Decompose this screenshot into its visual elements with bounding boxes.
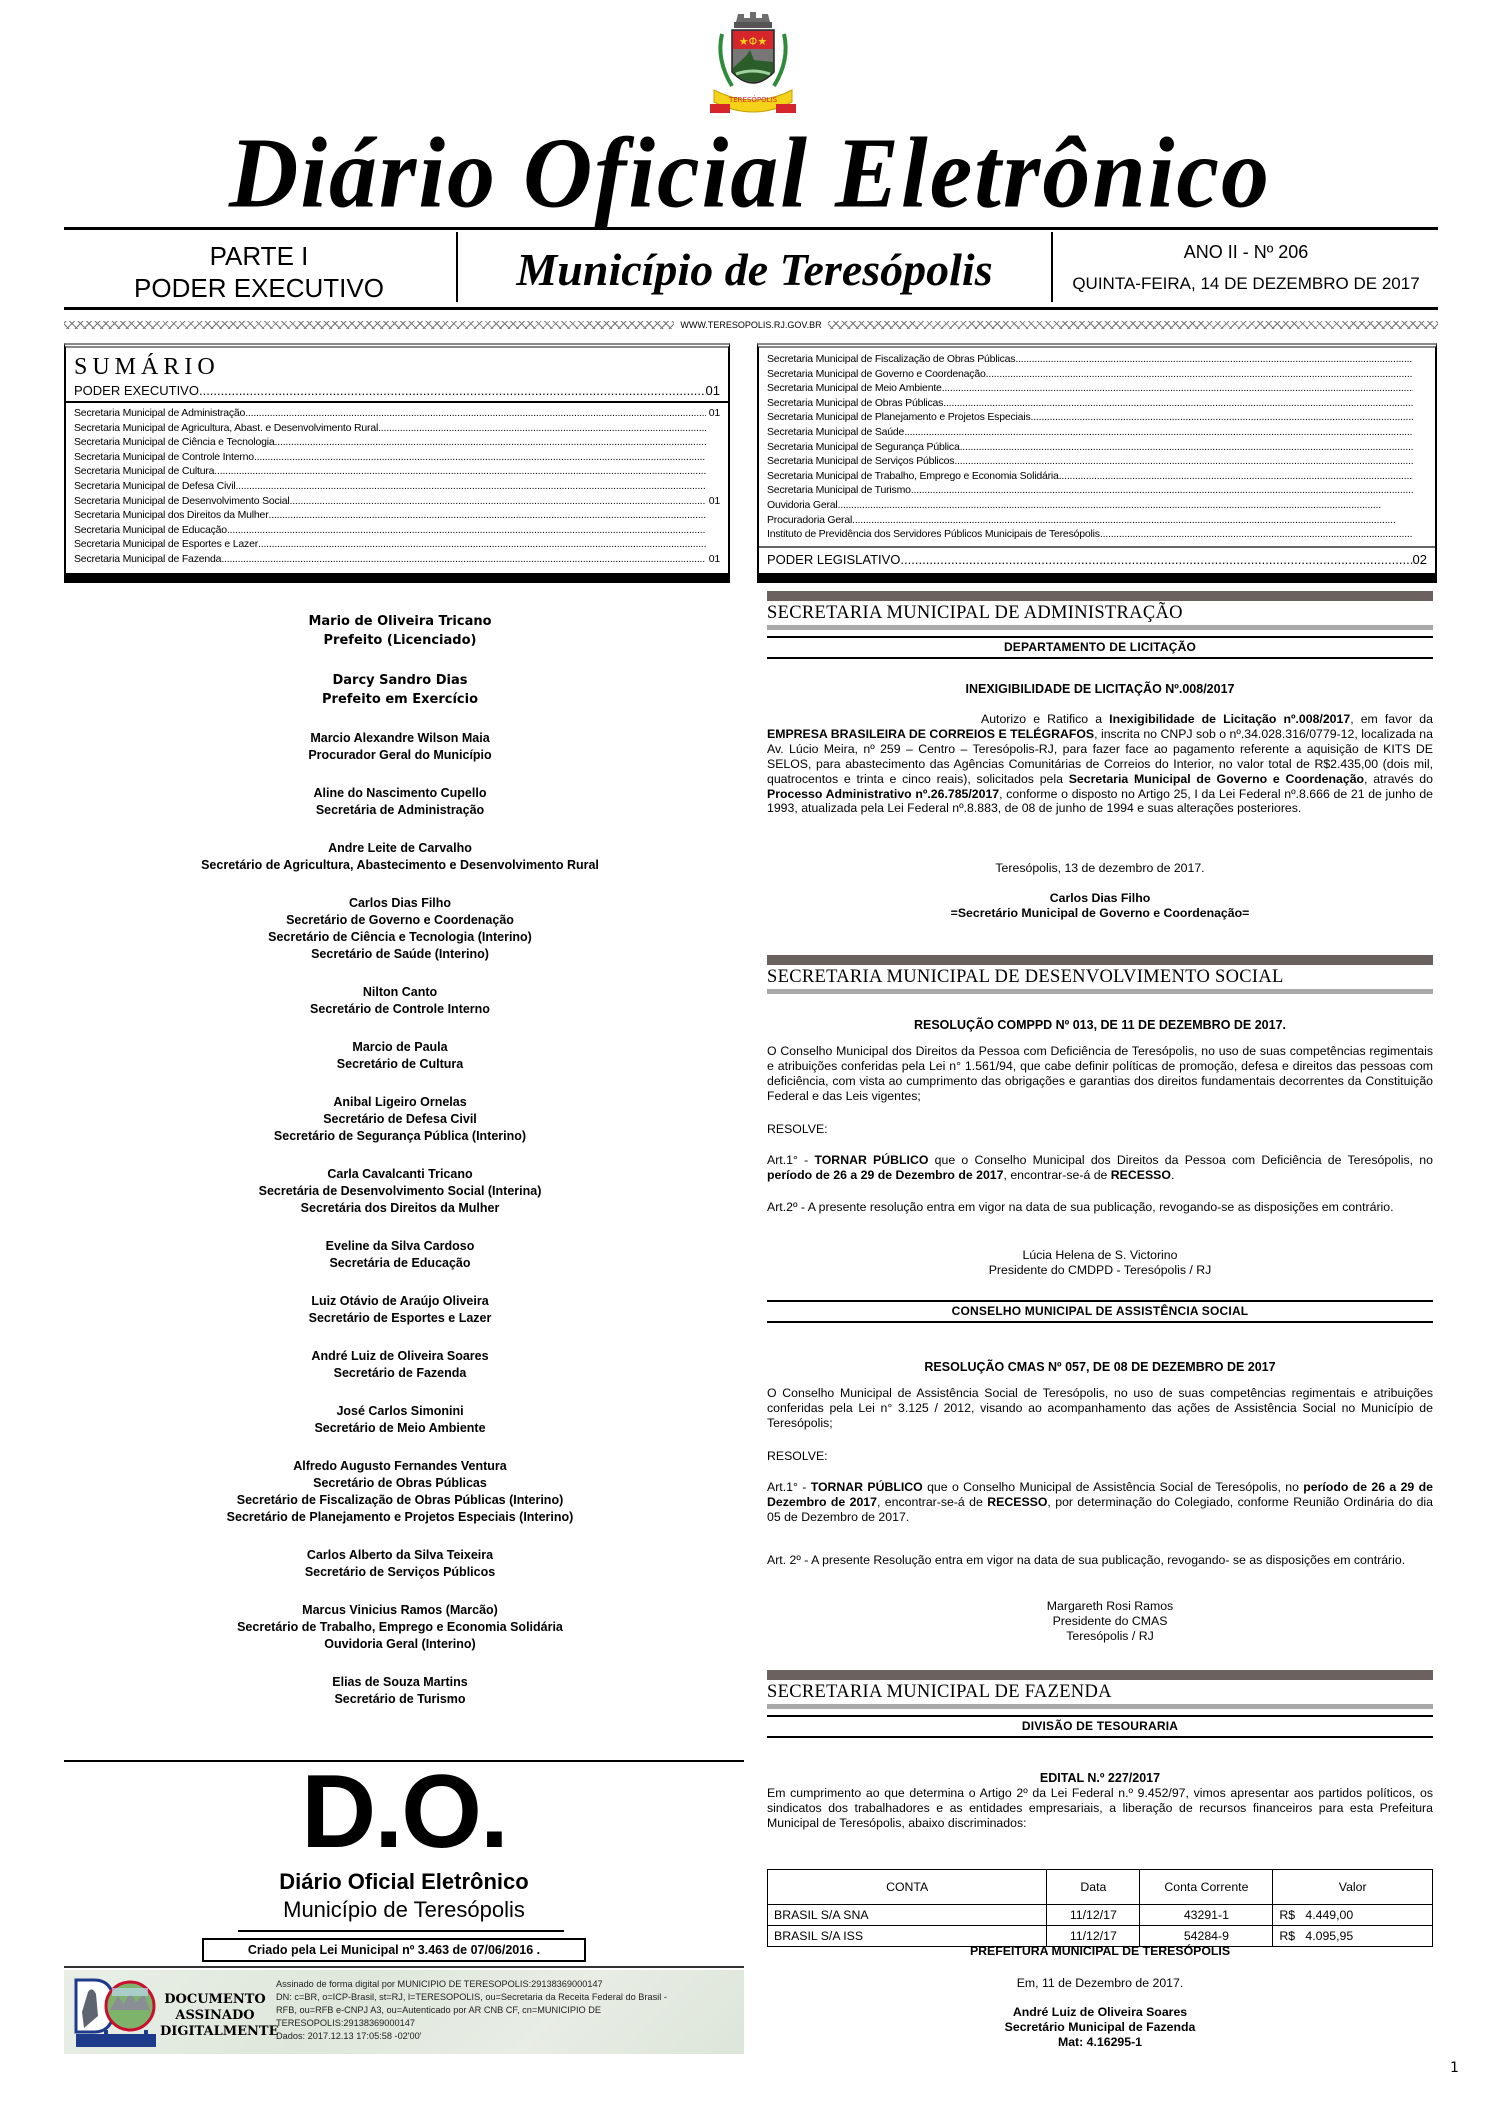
svg-text:TERESÓPOLIS: TERESÓPOLIS bbox=[728, 95, 778, 104]
official-entry: Marcus Vinicius Ramos (Marcão)Secretário… bbox=[130, 1602, 670, 1653]
toc-item[interactable]: Secretaria Municipal de Trabalho, Empreg… bbox=[767, 469, 1427, 484]
department-header: DEPARTAMENTO DE LICITAÇÃO bbox=[767, 636, 1433, 659]
signer-block: Margareth Rosi Ramos Presidente do CMAS … bbox=[960, 1599, 1260, 1644]
toc-item[interactable]: Secretaria Municipal de Segurança Públic… bbox=[767, 440, 1427, 455]
document-title: RESOLUÇÃO COMPPD Nº 013, DE 11 DE DEZEMB… bbox=[767, 1017, 1433, 1033]
official-role: Secretário de Ciência e Tecnologia (Inte… bbox=[130, 929, 670, 946]
official-role: Secretária dos Direitos da Mulher bbox=[130, 1200, 670, 1217]
official-name: Carlos Alberto da Silva Teixeira bbox=[130, 1547, 670, 1564]
article-2: Art.2º - A presente resolução entra em v… bbox=[767, 1200, 1433, 1215]
toc-item[interactable]: Secretaria Municipal dos Direitos da Mul… bbox=[74, 508, 720, 523]
toc-executive[interactable]: PODER EXECUTIVO01 bbox=[74, 382, 720, 400]
toc-item[interactable]: Secretaria Municipal de Defesa Civil bbox=[74, 479, 720, 494]
toc-list-left: Secretaria Municipal de Administração01S… bbox=[74, 406, 720, 567]
official-entry: Marcio de PaulaSecretário de Cultura bbox=[130, 1039, 670, 1073]
edition-number: ANO II - Nº 206 bbox=[1056, 240, 1436, 264]
official-name: Aline do Nascimento Cupello bbox=[130, 785, 670, 802]
coat-of-arms-icon: ★Φ★ TERESÓPOLIS bbox=[706, 10, 800, 118]
official-entry: Marcio Alexandre Wilson MaiaProcurador G… bbox=[130, 730, 670, 764]
official-role: Secretário de Turismo bbox=[130, 1691, 670, 1708]
article-1: Art.1° - TORNAR PÚBLICO que o Conselho M… bbox=[767, 1153, 1433, 1183]
official-role: Secretário de Segurança Pública (Interin… bbox=[130, 1128, 670, 1145]
official-role: Secretário de Planejamento e Projetos Es… bbox=[130, 1509, 670, 1526]
toc-item[interactable]: Secretaria Municipal de Desenvolvimento … bbox=[74, 494, 720, 509]
toc-item[interactable]: Secretaria Municipal de Fazenda01 bbox=[74, 552, 720, 567]
official-role: Prefeito em Exercício bbox=[130, 690, 670, 709]
official-role: Secretária de Desenvolvimento Social (In… bbox=[130, 1183, 670, 1200]
official-name: Luiz Otávio de Araújo Oliveira bbox=[130, 1293, 670, 1310]
toc-item[interactable]: Secretaria Municipal de Obras Públicas bbox=[767, 396, 1427, 411]
official-role: Secretário de Defesa Civil bbox=[130, 1111, 670, 1128]
signer-name: Carlos Dias Filho bbox=[767, 891, 1433, 906]
official-entry: Carlos Alberto da Silva TeixeiraSecretár… bbox=[130, 1547, 670, 1581]
article-2: Art. 2º - A presente Resolução entra em … bbox=[767, 1553, 1433, 1568]
toc-list-right: Secretaria Municipal de Fiscalização de … bbox=[767, 352, 1427, 542]
official-name: Marcio de Paula bbox=[130, 1039, 670, 1056]
col-conta: CONTA bbox=[768, 1870, 1047, 1905]
toc-item[interactable]: Ouvidoria Geral bbox=[767, 498, 1427, 513]
resolution-intro: O Conselho Municipal dos Direitos da Pes… bbox=[767, 1044, 1433, 1104]
toc-item[interactable]: Secretaria Municipal de Administração01 bbox=[74, 406, 720, 421]
page-number: 1 bbox=[1450, 2060, 1459, 2076]
toc-item[interactable]: Secretaria Municipal de Controle Interno bbox=[74, 450, 720, 465]
signature-details: Assinado de forma digital por MUNICIPIO … bbox=[276, 1978, 738, 2043]
official-role: Secretário de Trabalho, Emprego e Econom… bbox=[130, 1619, 670, 1636]
signer-block: Carlos Dias Filho =Secretário Municipal … bbox=[767, 891, 1433, 921]
resolution-intro: O Conselho Municipal de Assistência Soci… bbox=[767, 1386, 1433, 1431]
official-entry: Carla Cavalcanti TricanoSecretária de De… bbox=[130, 1166, 670, 1217]
official-name: Andre Leite de Carvalho bbox=[130, 840, 670, 857]
diamond-border bbox=[828, 321, 1438, 329]
do-eletronico-logo-icon bbox=[74, 1976, 158, 2048]
section-title: SECRETARIA MUNICIPAL DE DESENVOLVIMENTO … bbox=[767, 965, 1433, 989]
toc-item[interactable]: Secretaria Municipal de Serviços Público… bbox=[767, 454, 1427, 469]
toc-item[interactable]: Secretaria Municipal de Saúde bbox=[767, 425, 1427, 440]
digital-signature-panel: DOCUMENTO ASSINADO DIGITALMENTE Assinado… bbox=[64, 1970, 744, 2054]
col-conta-corrente: Conta Corrente bbox=[1140, 1870, 1273, 1905]
department-header: DIVISÃO DE TESOURARIA bbox=[767, 1715, 1433, 1738]
toc-item[interactable]: Secretaria Municipal de Planejamento e P… bbox=[767, 410, 1427, 425]
masthead-divider bbox=[1051, 232, 1053, 302]
branch-label: PODER EXECUTIVO bbox=[64, 272, 454, 304]
signer-name: Lúcia Helena de S. Victorino bbox=[767, 1248, 1433, 1263]
official-entry: José Carlos SimoniniSecretário de Meio A… bbox=[130, 1403, 670, 1437]
official-entry: Anibal Ligeiro OrnelasSecretário de Defe… bbox=[130, 1094, 670, 1145]
col-valor: Valor bbox=[1273, 1870, 1433, 1905]
toc-item[interactable]: Secretaria Municipal de Agricultura, Aba… bbox=[74, 421, 720, 436]
col-data: Data bbox=[1047, 1870, 1140, 1905]
official-entry: Luiz Otávio de Araújo OliveiraSecretário… bbox=[130, 1293, 670, 1327]
signer-block: André Luiz de Oliveira Soares Secretário… bbox=[767, 2005, 1433, 2050]
masthead-rule-bottom bbox=[64, 307, 1438, 310]
toc-item[interactable]: Secretaria Municipal de Esportes e Lazer bbox=[74, 537, 720, 552]
edital-date: Em, 11 de Dezembro de 2017. bbox=[767, 1976, 1433, 1991]
summary-shadow bbox=[757, 575, 1437, 583]
official-entry: André Luiz de Oliveira SoaresSecretário … bbox=[130, 1348, 670, 1382]
section-title: SECRETARIA MUNICIPAL DE ADMINISTRAÇÃO bbox=[767, 601, 1433, 625]
signer-block: Lúcia Helena de S. Victorino Presidente … bbox=[767, 1248, 1433, 1278]
official-entry: Nilton CantoSecretário de Controle Inter… bbox=[130, 984, 670, 1018]
official-name: Mario de Oliveira Tricano bbox=[130, 612, 670, 631]
document-title: INEXIGIBILIDADE DE LICITAÇÃO Nº.008/2017 bbox=[767, 681, 1433, 697]
section-header-administracao: SECRETARIA MUNICIPAL DE ADMINISTRAÇÃO bbox=[767, 591, 1433, 630]
official-entry: Carlos Dias FilhoSecretário de Governo e… bbox=[130, 895, 670, 963]
signer-role: =Secretário Municipal de Governo e Coord… bbox=[767, 906, 1433, 921]
resolve-label: RESOLVE: bbox=[767, 1122, 1433, 1137]
municipality-title: Município de Teresópolis bbox=[462, 238, 1047, 302]
official-name: Anibal Ligeiro Ornelas bbox=[130, 1094, 670, 1111]
do-name: Diário Oficial Eletrônico bbox=[64, 1868, 744, 1896]
toc-item[interactable]: Secretaria Municipal de Cultura bbox=[74, 464, 720, 479]
official-name: Marcus Vinicius Ramos (Marcão) bbox=[130, 1602, 670, 1619]
summary-title: SUMÁRIO bbox=[74, 352, 720, 382]
official-role: Ouvidoria Geral (Interino) bbox=[130, 1636, 670, 1653]
summary-box-left: SUMÁRIO PODER EXECUTIVO01 Secretaria Mun… bbox=[64, 343, 730, 575]
official-role: Secretário de Governo e Coordenação bbox=[130, 912, 670, 929]
official-name: André Luiz de Oliveira Soares bbox=[130, 1348, 670, 1365]
official-entry: Darcy Sandro DiasPrefeito em Exercício bbox=[130, 671, 670, 709]
official-role: Prefeito (Licenciado) bbox=[130, 631, 670, 650]
do-municipality: Município de Teresópolis bbox=[64, 1896, 744, 1924]
place-date: Teresópolis, 13 de dezembro de 2017. bbox=[767, 861, 1433, 876]
svg-text:★Φ★: ★Φ★ bbox=[739, 35, 768, 48]
toc-item[interactable]: Secretaria Municipal de Educação bbox=[74, 523, 720, 538]
official-role: Secretário de Cultura bbox=[130, 1056, 670, 1073]
document-title: RESOLUÇÃO CMAS Nº 057, DE 08 DE DEZEMBRO… bbox=[767, 1359, 1433, 1375]
website-banner: WWW.TERESOPOLIS.RJ.GOV.BR bbox=[64, 318, 1438, 332]
masthead-title: Diário Oficial Eletrônico bbox=[80, 115, 1420, 231]
toc-item[interactable]: Secretaria Municipal de Ciência e Tecnol… bbox=[74, 435, 720, 450]
official-name: Carla Cavalcanti Tricano bbox=[130, 1166, 670, 1183]
official-entry: Eveline da Silva CardosoSecretária de Ed… bbox=[130, 1238, 670, 1272]
signed-stamp: DOCUMENTO ASSINADO DIGITALMENTE bbox=[160, 1992, 270, 2040]
toc-item[interactable]: Secretaria Municipal de Meio Ambiente bbox=[767, 381, 1427, 396]
official-entry: Elias de Souza MartinsSecretário de Turi… bbox=[130, 1674, 670, 1708]
official-role: Secretário de Meio Ambiente bbox=[130, 1420, 670, 1437]
part-label: PARTE I PODER EXECUTIVO bbox=[64, 240, 454, 304]
masthead-divider bbox=[456, 232, 458, 302]
official-role: Procurador Geral do Município bbox=[130, 747, 670, 764]
table-header-row: CONTA Data Conta Corrente Valor bbox=[768, 1870, 1433, 1905]
official-role: Secretário de Fazenda bbox=[130, 1365, 670, 1382]
official-role: Secretário de Controle Interno bbox=[130, 1001, 670, 1018]
edition-info: ANO II - Nº 206 QUINTA-FEIRA, 14 DE DEZE… bbox=[1056, 240, 1436, 296]
official-entry: Alfredo Augusto Fernandes VenturaSecretá… bbox=[130, 1458, 670, 1526]
do-divider bbox=[64, 1966, 744, 1968]
official-name: Nilton Canto bbox=[130, 984, 670, 1001]
diamond-border bbox=[64, 321, 674, 329]
official-role: Secretário de Saúde (Interino) bbox=[130, 946, 670, 963]
official-entry: Andre Leite de CarvalhoSecretário de Agr… bbox=[130, 840, 670, 874]
official-role: Secretária de Educação bbox=[130, 1255, 670, 1272]
department-header: CONSELHO MUNICIPAL DE ASSISTÊNCIA SOCIAL bbox=[767, 1300, 1433, 1323]
do-creation-law: Criado pela Lei Municipal nº 3.463 de 07… bbox=[202, 1938, 586, 1962]
section-title: SECRETARIA MUNICIPAL DE FAZENDA bbox=[767, 1680, 1433, 1704]
resolve-label: RESOLVE: bbox=[767, 1449, 1433, 1464]
toc-divider bbox=[759, 546, 1435, 548]
toc-item[interactable]: Secretaria Municipal de Fiscalização de … bbox=[767, 352, 1427, 367]
officials-list: Mario de Oliveira TricanoPrefeito (Licen… bbox=[130, 612, 670, 1729]
part-number: PARTE I bbox=[64, 240, 454, 272]
inexigibilidade-body: Autorizo e Ratifico a Inexigibilidade de… bbox=[767, 712, 1433, 816]
edition-date: QUINTA-FEIRA, 14 DE DEZEMBRO DE 2017 bbox=[1072, 274, 1419, 293]
treasury-table: CONTA Data Conta Corrente Valor BRASIL S… bbox=[767, 1869, 1433, 1947]
toc-legislative[interactable]: PODER LEGISLATIVO02 bbox=[767, 551, 1427, 569]
official-role: Secretária de Administração bbox=[130, 802, 670, 819]
official-entry: Aline do Nascimento CupelloSecretária de… bbox=[130, 785, 670, 819]
summary-box-right: Secretaria Municipal de Fiscalização de … bbox=[757, 343, 1437, 575]
summary-shadow bbox=[64, 575, 730, 583]
official-entry: Mario de Oliveira TricanoPrefeito (Licen… bbox=[130, 612, 670, 650]
masthead-rule-top bbox=[64, 227, 1438, 230]
toc-divider bbox=[66, 401, 728, 403]
official-name: Darcy Sandro Dias bbox=[130, 671, 670, 690]
do-logo-text: D.O. bbox=[64, 1762, 744, 1862]
official-role: Secretário de Agricultura, Abastecimento… bbox=[130, 857, 670, 874]
official-role: Secretário de Serviços Públicos bbox=[130, 1564, 670, 1581]
signer-role: Presidente do CMDPD - Teresópolis / RJ bbox=[767, 1263, 1433, 1278]
website-link[interactable]: WWW.TERESOPOLIS.RJ.GOV.BR bbox=[674, 320, 827, 330]
official-role: Secretário de Obras Públicas bbox=[130, 1475, 670, 1492]
official-name: José Carlos Simonini bbox=[130, 1403, 670, 1420]
official-name: Carlos Dias Filho bbox=[130, 895, 670, 912]
official-name: Elias de Souza Martins bbox=[130, 1674, 670, 1691]
official-name: Eveline da Silva Cardoso bbox=[130, 1238, 670, 1255]
org-name: PREFEITURA MUNICIPAL DE TERESÓPOLIS bbox=[767, 1944, 1433, 1959]
toc-item[interactable]: Secretaria Municipal de Governo e Coorde… bbox=[767, 367, 1427, 382]
toc-item[interactable]: Secretaria Municipal de Turismo bbox=[767, 483, 1427, 498]
document-title: EDITAL N.º 227/2017 bbox=[767, 1770, 1433, 1786]
article-1: Art.1° - TORNAR PÚBLICO que o Conselho M… bbox=[767, 1480, 1433, 1525]
official-name: Marcio Alexandre Wilson Maia bbox=[130, 730, 670, 747]
toc-item[interactable]: Instituto de Previdência dos Servidores … bbox=[767, 527, 1427, 542]
official-role: Secretário de Fiscalização de Obras Públ… bbox=[130, 1492, 670, 1509]
edital-intro: Em cumprimento ao que determina o Artigo… bbox=[767, 1786, 1433, 1831]
section-header-desenvolvimento-social: SECRETARIA MUNICIPAL DE DESENVOLVIMENTO … bbox=[767, 955, 1433, 994]
official-role: Secretário de Esportes e Lazer bbox=[130, 1310, 670, 1327]
do-underline bbox=[238, 1930, 564, 1932]
section-header-fazenda: SECRETARIA MUNICIPAL DE FAZENDA bbox=[767, 1670, 1433, 1709]
table-row: BRASIL S/A SNA11/12/1743291-1R$ 4.449,00 bbox=[768, 1905, 1433, 1926]
toc-item[interactable]: Procuradoria Geral bbox=[767, 513, 1427, 528]
official-name: Alfredo Augusto Fernandes Ventura bbox=[130, 1458, 670, 1475]
